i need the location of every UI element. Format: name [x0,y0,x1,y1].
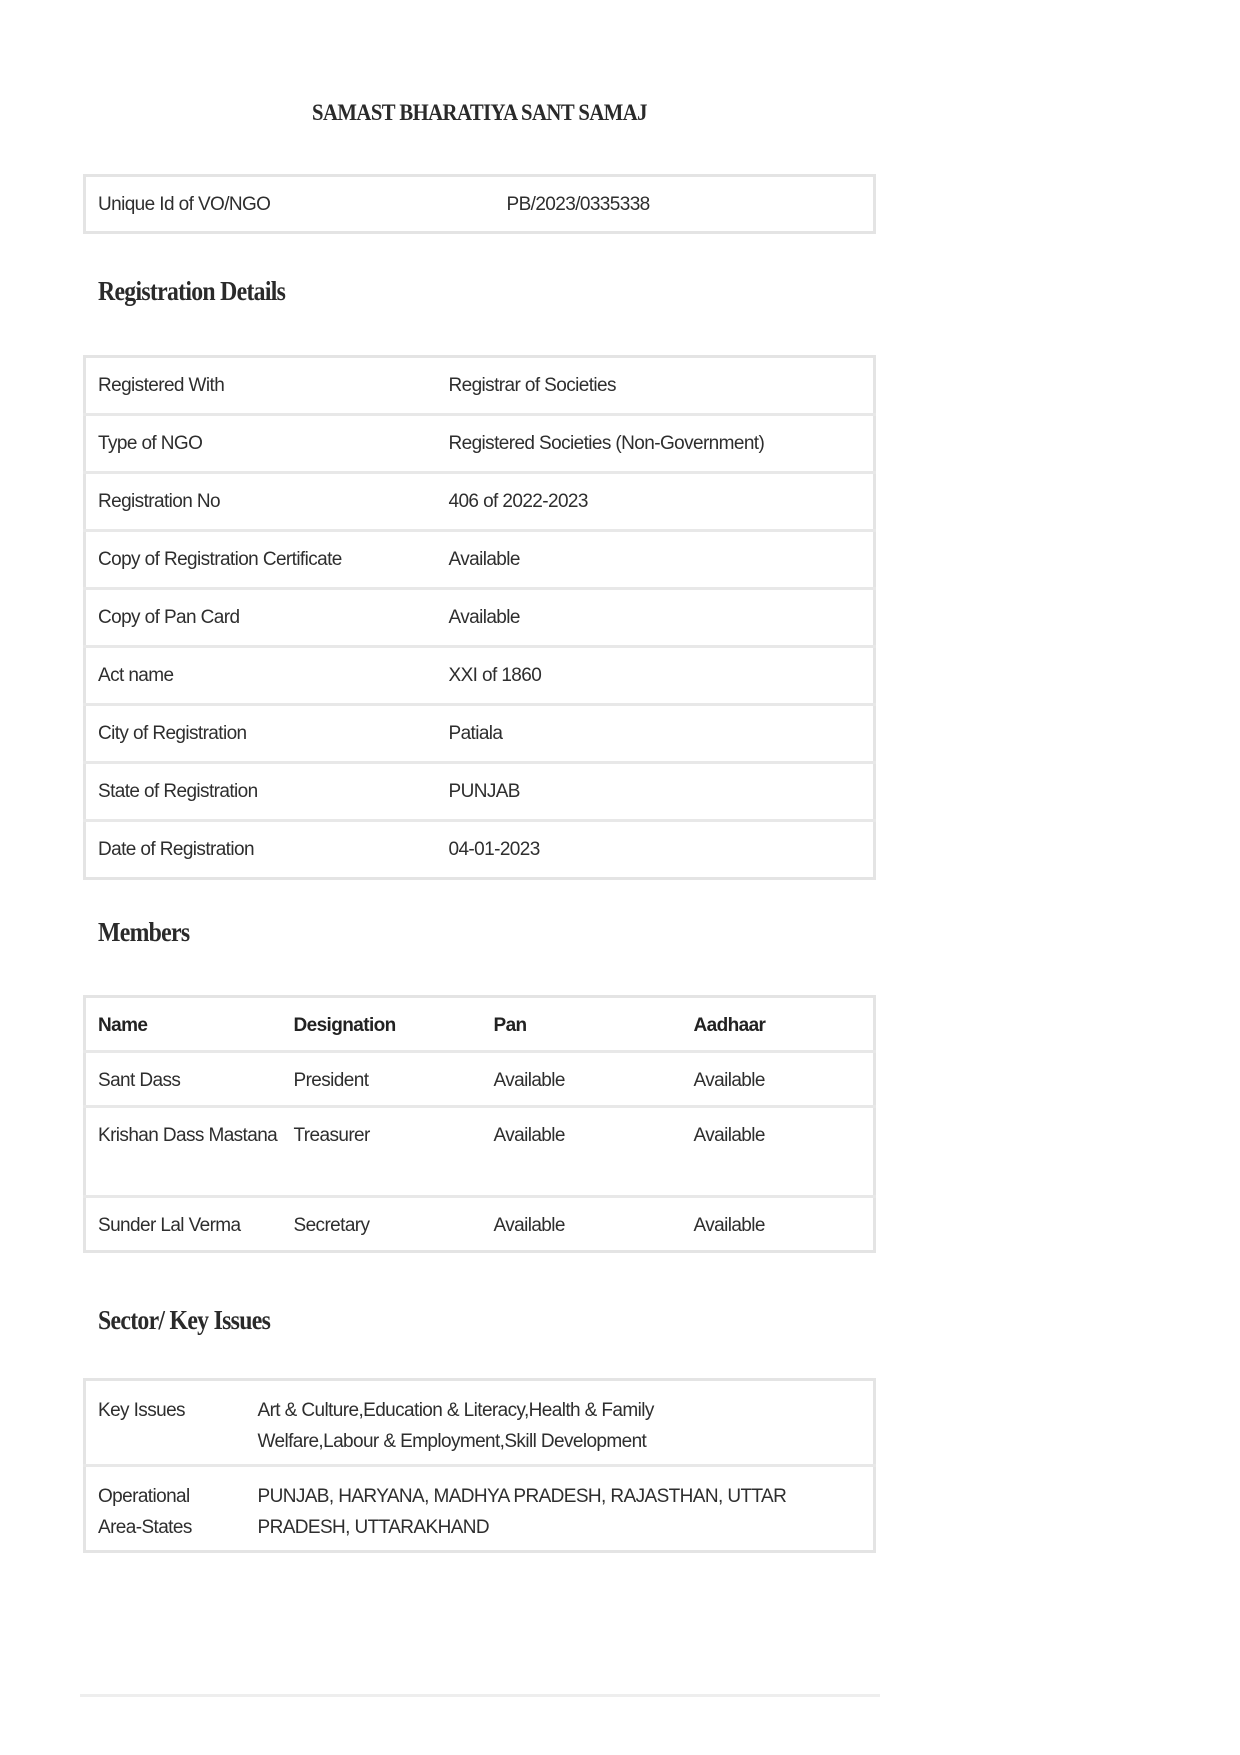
row-label: Registration No [85,473,437,531]
table-row: Key Issues Art & Culture,Education & Lit… [85,1380,875,1466]
row-label: Act name [85,647,437,705]
member-pan: Available [482,1107,682,1197]
table-row: Sunder Lal Verma Secretary Available Ava… [85,1197,875,1252]
table-row: State of Registration PUNJAB [85,763,875,821]
row-value: Available [437,589,875,647]
member-pan: Available [482,1052,682,1107]
row-value: Art & Culture,Education & Literacy,Healt… [246,1380,875,1466]
member-aadhaar: Available [682,1052,875,1107]
unique-id-table: Unique Id of VO/NGO PB/2023/0335338 [83,174,876,234]
row-value: Available [437,531,875,589]
unique-id-label: Unique Id of VO/NGO [85,176,495,233]
table-row: Act name XXI of 1860 [85,647,875,705]
member-designation: Secretary [282,1197,482,1252]
column-header-pan: Pan [482,997,682,1052]
table-row: Operational Area-States PUNJAB, HARYANA,… [85,1466,875,1552]
row-value: Registered Societies (Non-Government) [437,415,875,473]
column-header-designation: Designation [282,997,482,1052]
row-label: Copy of Registration Certificate [85,531,437,589]
table-row: City of Registration Patiala [85,705,875,763]
unique-id-value: PB/2023/0335338 [495,176,875,233]
column-header-aadhaar: Aadhaar [682,997,875,1052]
table-row: Registered With Registrar of Societies [85,357,875,415]
row-value: Patiala [437,705,875,763]
row-value: 04-01-2023 [437,821,875,879]
document-title: SAMAST BHARATIYA SANT SAMAJ [123,100,837,126]
row-label: Operational Area-States [85,1466,246,1552]
members-heading: Members [98,917,189,948]
member-designation: President [282,1052,482,1107]
row-label: Registered With [85,357,437,415]
column-header-name: Name [85,997,282,1052]
sector-heading: Sector/ Key Issues [98,1305,270,1336]
table-row: Copy of Pan Card Available [85,589,875,647]
row-label: City of Registration [85,705,437,763]
members-table: Name Designation Pan Aadhaar Sant Dass P… [83,995,876,1253]
row-label: Copy of Pan Card [85,589,437,647]
footer-divider [80,1694,880,1697]
table-header-row: Name Designation Pan Aadhaar [85,997,875,1052]
registration-heading: Registration Details [98,276,285,307]
row-value: 406 of 2022-2023 [437,473,875,531]
registration-table: Registered With Registrar of Societies T… [83,355,876,880]
member-pan: Available [482,1197,682,1252]
row-value: PUNJAB, HARYANA, MADHYA PRADESH, RAJASTH… [246,1466,875,1552]
table-row: Sant Dass President Available Available [85,1052,875,1107]
table-row: Type of NGO Registered Societies (Non-Go… [85,415,875,473]
table-row: Date of Registration 04-01-2023 [85,821,875,879]
member-name: Sunder Lal Verma [85,1197,282,1252]
sector-table: Key Issues Art & Culture,Education & Lit… [83,1378,876,1553]
member-name: Sant Dass [85,1052,282,1107]
member-aadhaar: Available [682,1197,875,1252]
table-row: Krishan Dass Mastana Treasurer Available… [85,1107,875,1197]
member-aadhaar: Available [682,1107,875,1197]
row-value: XXI of 1860 [437,647,875,705]
table-row: Registration No 406 of 2022-2023 [85,473,875,531]
member-name: Krishan Dass Mastana [85,1107,282,1197]
row-label: State of Registration [85,763,437,821]
row-value: PUNJAB [437,763,875,821]
row-value: Registrar of Societies [437,357,875,415]
row-label: Type of NGO [85,415,437,473]
member-designation: Treasurer [282,1107,482,1197]
table-row: Copy of Registration Certificate Availab… [85,531,875,589]
row-label: Date of Registration [85,821,437,879]
table-row: Unique Id of VO/NGO PB/2023/0335338 [85,176,875,233]
row-label: Key Issues [85,1380,246,1466]
